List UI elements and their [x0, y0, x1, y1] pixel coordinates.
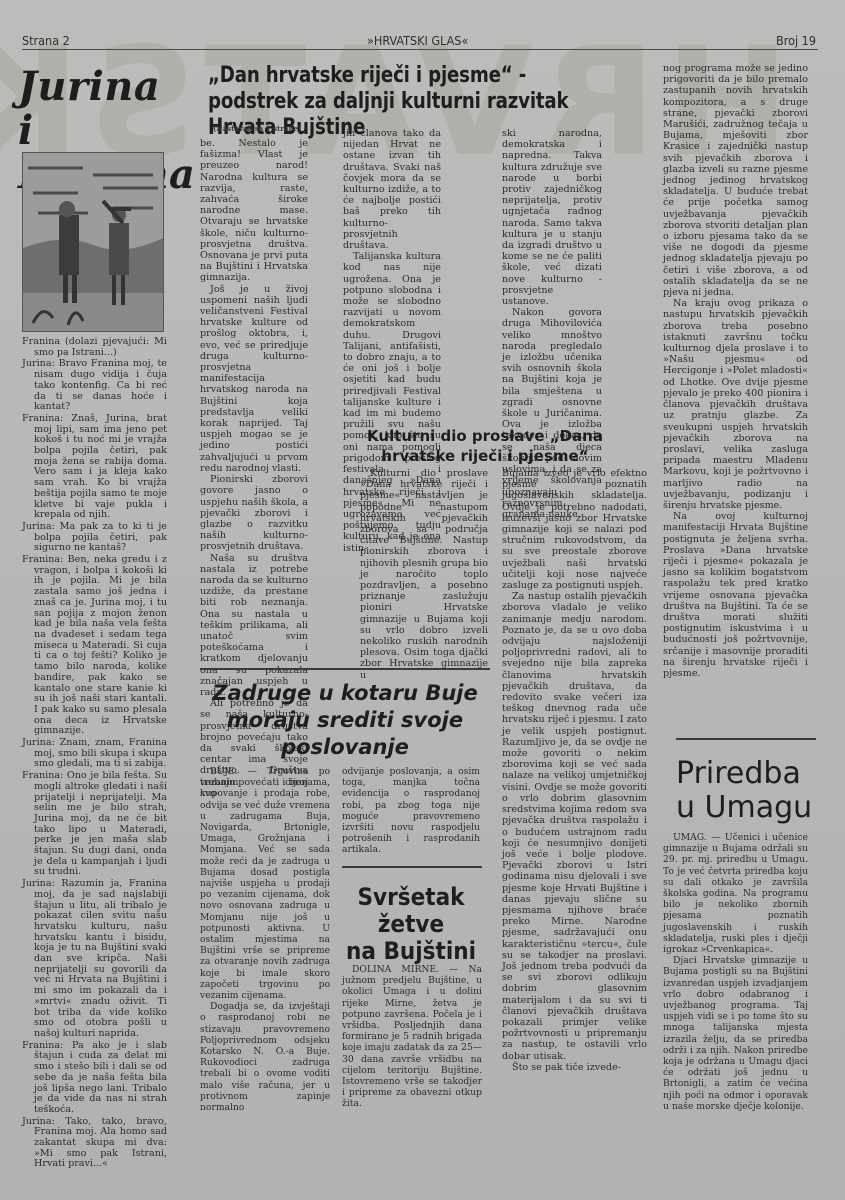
- section-divider: [342, 866, 482, 868]
- jurina-franina-dialogue: Franina (dolazi pjevajući: Mi smo pa Ist…: [22, 337, 167, 1171]
- zadruge-col1: BUJE. — Trgovina po vezanim cijenama, ku…: [200, 766, 330, 1113]
- dialogue-line: Franina: Ben, neka gredu i z vragon, i b…: [22, 555, 167, 737]
- dialogue-line: Jurina: Bravo Franina moj, te nisam dugo…: [22, 359, 167, 413]
- zadruge-headline: Zadruge u kotaru Buje moraju srediti svo…: [200, 680, 490, 761]
- dialogue-line: Franina: Znaš, Jurina, brat moj lipi, sa…: [22, 414, 167, 521]
- jurina-franina-illustration: [22, 152, 164, 332]
- newspaper-name: »HRVATSKI GLAS«: [367, 33, 468, 48]
- dialogue-line: Franina: Ono je bila fešta. Su mogli alt…: [22, 771, 167, 878]
- dialogue-line: Jurina: Tako, tako, bravo, Franina moj. …: [22, 1117, 167, 1171]
- dialogue-line: Franina (dolazi pjevajući: Mi smo pa Ist…: [22, 337, 167, 358]
- page-header: Strana 2 »HRVATSKI GLAS« Broj 19: [22, 33, 818, 50]
- dialogue-line: Jurina: Ma pak za to ki ti je bolpa poji…: [22, 522, 167, 554]
- illustration-icon: [23, 153, 163, 331]
- section-divider: [676, 738, 816, 740]
- continuation-note: (Nastavak sa 1 strane): [213, 124, 301, 133]
- dialogue-line: Jurina: Znam, znam, Franina moj, smo bil…: [22, 738, 167, 770]
- zadruge-col2: odvijanje poslovanja, a osim toga, manjk…: [342, 766, 480, 856]
- zetva-headline: Svršetak žetve na Bujštini: [340, 884, 482, 965]
- page-number: Strana 2: [22, 33, 70, 48]
- kulturni-dio-headline: Kulturni dio proslave „Dana hrvatske rij…: [365, 426, 605, 466]
- kulturni-dio-col1: Kulturni dio proslave »Dana hrvatske rij…: [360, 468, 488, 681]
- zetva-body: DOLINA MIRNE. — Na južnom predjelu Bujšt…: [342, 964, 482, 1110]
- dialogue-line: Jurina: Razumin ja, Franina moj, da je s…: [22, 879, 167, 1040]
- priredba-body: UMAG. — Učenici i učenice gimnazije u Bu…: [663, 832, 808, 1112]
- priredba-headline: Priredba u Umagu: [676, 757, 845, 825]
- section-divider: [200, 668, 490, 670]
- kulturni-dio-col2: Bujama izveo je vrlo efektno pjesme pozn…: [502, 468, 647, 1073]
- kulturni-dio-col3: nog programa može se jedino prigovoriti …: [663, 63, 808, 679]
- newspaper-page: HRVATSKI Strana 2 »HRVATSKI GLAS« Broj 1…: [0, 0, 845, 1200]
- dialogue-line: Franina: Pa ako je i slab štajun i cuda …: [22, 1041, 167, 1116]
- issue-number: Broj 19: [776, 33, 816, 48]
